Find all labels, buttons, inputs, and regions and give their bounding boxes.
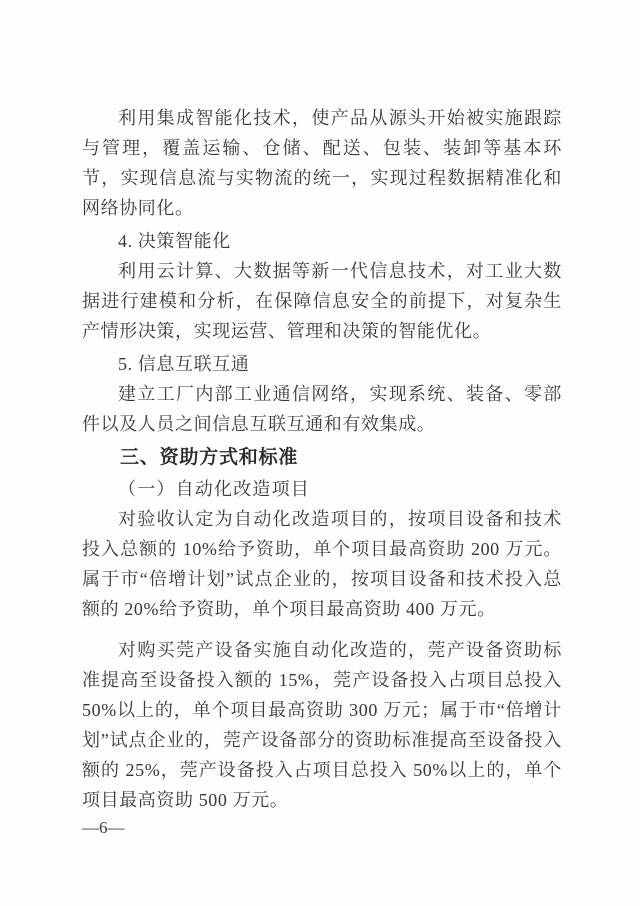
paragraph-subsidy-standard-general: 对验收认定为自动化改造项目的，按项目设备和技术投入总额的 10%给予资助，单个项…: [82, 504, 562, 624]
document-body: 利用集成智能化技术，使产品从源头开始被实施跟踪与管理，覆盖运输、仓储、配送、包装…: [82, 103, 562, 815]
document-page: 利用集成智能化技术，使产品从源头开始被实施跟踪与管理，覆盖运输、仓储、配送、包装…: [0, 0, 640, 906]
sub-heading-automation-project: （一）自动化改造项目: [82, 474, 562, 504]
paragraph-subsidy-standard-local-equipment: 对购买莞产设备实施自动化改造的，莞产设备资助标准提高至设备投入额的 15%，莞产…: [82, 635, 562, 815]
paragraph-cloud-bigdata: 利用云计算、大数据等新一代信息技术，对工业大数据进行建模和分析，在保障信息安全的…: [82, 256, 562, 346]
heading-item-4-decision-intelligence: 4. 决策智能化: [82, 226, 562, 256]
page-number: —6—: [82, 818, 125, 838]
paragraph-integrated-intelligence: 利用集成智能化技术，使产品从源头开始被实施跟踪与管理，覆盖运输、仓储、配送、包装…: [82, 103, 562, 223]
section-heading-funding-methods: 三、资助方式和标准: [82, 442, 562, 473]
heading-item-5-interconnection: 5. 信息互联互通: [82, 349, 562, 379]
paragraph-factory-network: 建立工厂内部工业通信网络，实现系统、装备、零部件以及人员之间信息互联互通和有效集…: [82, 379, 562, 439]
